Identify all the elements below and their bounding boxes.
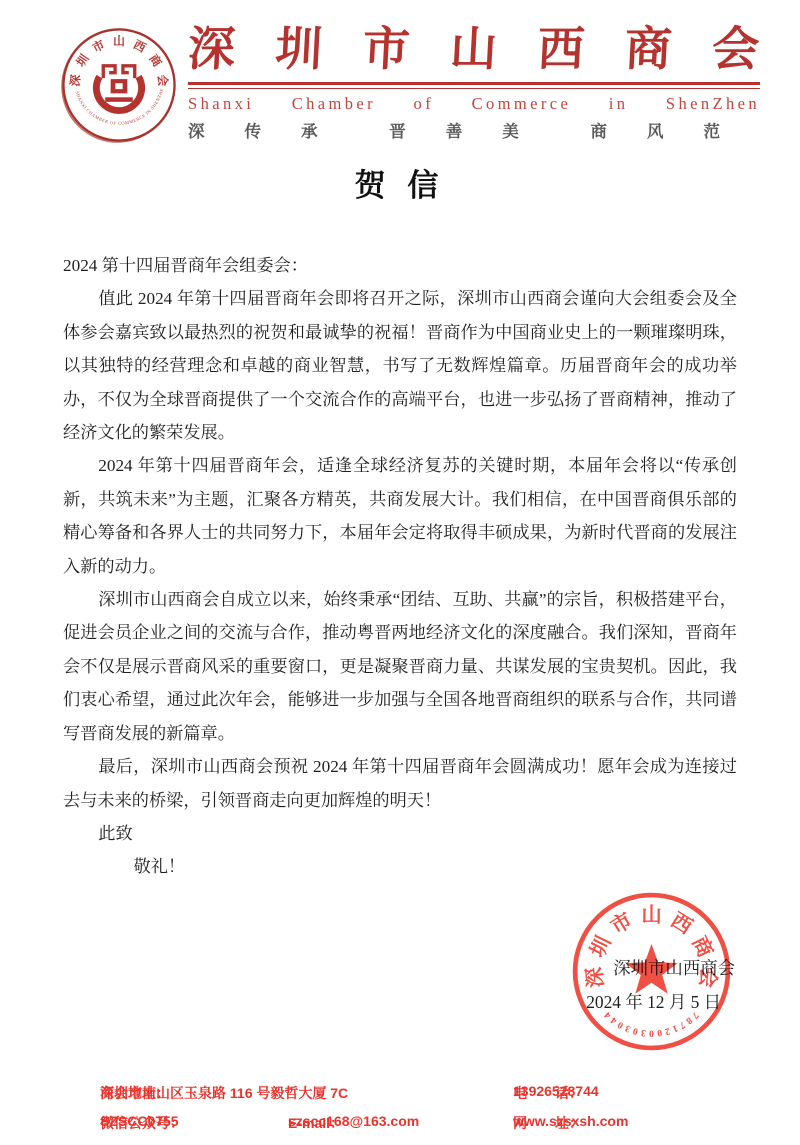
svg-text:西: 西 <box>667 909 697 940</box>
svg-text:0: 0 <box>649 1028 654 1039</box>
paragraph-3: 深圳市山西商会自成立以来，始终秉承“团结、互助、共赢”的宗旨，积极搭建平台，促进… <box>63 583 737 750</box>
paragraph-4: 最后，深圳市山西商会预祝 2024 年第十四届晋商年会圆满成功！愿年会成为连接过… <box>63 750 737 817</box>
letter-body: 2024 第十四届晋商年会组委会： 值此 2024 年第十四届晋商年会即将召开之… <box>63 249 737 884</box>
paragraph-2: 2024 年第十四届晋商年会，适逢全球经济复苏的关键时期，本届年会将以“传承创新… <box>63 449 737 583</box>
letterhead: 深 圳 市 山 西 商 会 SHANXI CHAMBER OF COMMERCE… <box>60 24 760 146</box>
letter-title: 贺 信 <box>0 160 800 205</box>
seal-star-icon <box>625 944 677 994</box>
slogan-group-3: 商风范 <box>591 118 761 142</box>
letterhead-text: 深圳市山西商会 Shanxi Chamber of Commerce in Sh… <box>188 24 760 142</box>
svg-text:0: 0 <box>632 1025 640 1037</box>
svg-text:山: 山 <box>113 34 125 48</box>
slogan-group-1: 深传承 <box>188 118 358 142</box>
svg-text:圳: 圳 <box>586 933 616 961</box>
org-name-cn: 深圳市山西商会 <box>187 24 762 77</box>
slogan-group-2: 晋善美 <box>389 118 559 142</box>
closing-respect: 此致 <box>63 817 737 850</box>
salutation: 2024 第十四届晋商年会组委会： <box>63 249 737 282</box>
page-footer: 商会地址：深圳市南山区玉泉路 116 号毅哲大厦 7C 电 话：13926528… <box>0 1077 800 1145</box>
chamber-logo-icon: 深 圳 市 山 西 商 会 SHANXI CHAMBER OF COMMERCE… <box>60 26 178 144</box>
footer-wechat-value: SZSCC0755 <box>100 1113 179 1129</box>
org-name-en: Shanxi Chamber of Commerce in ShenZhen <box>188 94 760 114</box>
svg-text:1: 1 <box>671 1022 680 1034</box>
svg-text:2: 2 <box>664 1025 672 1037</box>
svg-text:4: 4 <box>602 1009 613 1020</box>
official-seal-stamp: 深 圳 市 山 西 商 会 4 4 0 3 0 3 0 0 2 1 7 8 7 <box>570 890 733 1053</box>
footer-email-value: szscc168@163.com <box>288 1113 419 1129</box>
svg-text:商: 商 <box>687 932 718 961</box>
svg-text:3: 3 <box>640 1027 646 1039</box>
paragraph-1: 值此 2024 年第十四届晋商年会即将召开之际，深圳市山西商会谨向大会组委会及全… <box>63 282 737 449</box>
header-slogan: 深传承 晋善美 商风范 <box>188 118 760 142</box>
seal-serial-number: 4 4 0 3 0 3 0 0 2 1 7 8 7 <box>602 1009 700 1038</box>
svg-text:深: 深 <box>583 965 608 988</box>
closing-salute: 敬礼！ <box>63 850 737 883</box>
footer-website-value: www.szsxsh.com <box>513 1113 628 1129</box>
svg-text:会: 会 <box>695 966 721 989</box>
header-divider <box>188 82 760 89</box>
svg-text:山: 山 <box>641 904 661 927</box>
svg-text:市: 市 <box>606 908 636 939</box>
svg-text:深: 深 <box>68 74 83 87</box>
svg-text:会: 会 <box>155 74 170 87</box>
letter-page: 深 圳 市 山 西 商 会 SHANXI CHAMBER OF COMMERCE… <box>0 0 800 1145</box>
svg-text:0: 0 <box>656 1027 662 1039</box>
footer-address-value: 深圳市南山区玉泉路 116 号毅哲大厦 7C <box>100 1083 348 1103</box>
footer-phone-value: 13926528744 <box>513 1083 599 1099</box>
